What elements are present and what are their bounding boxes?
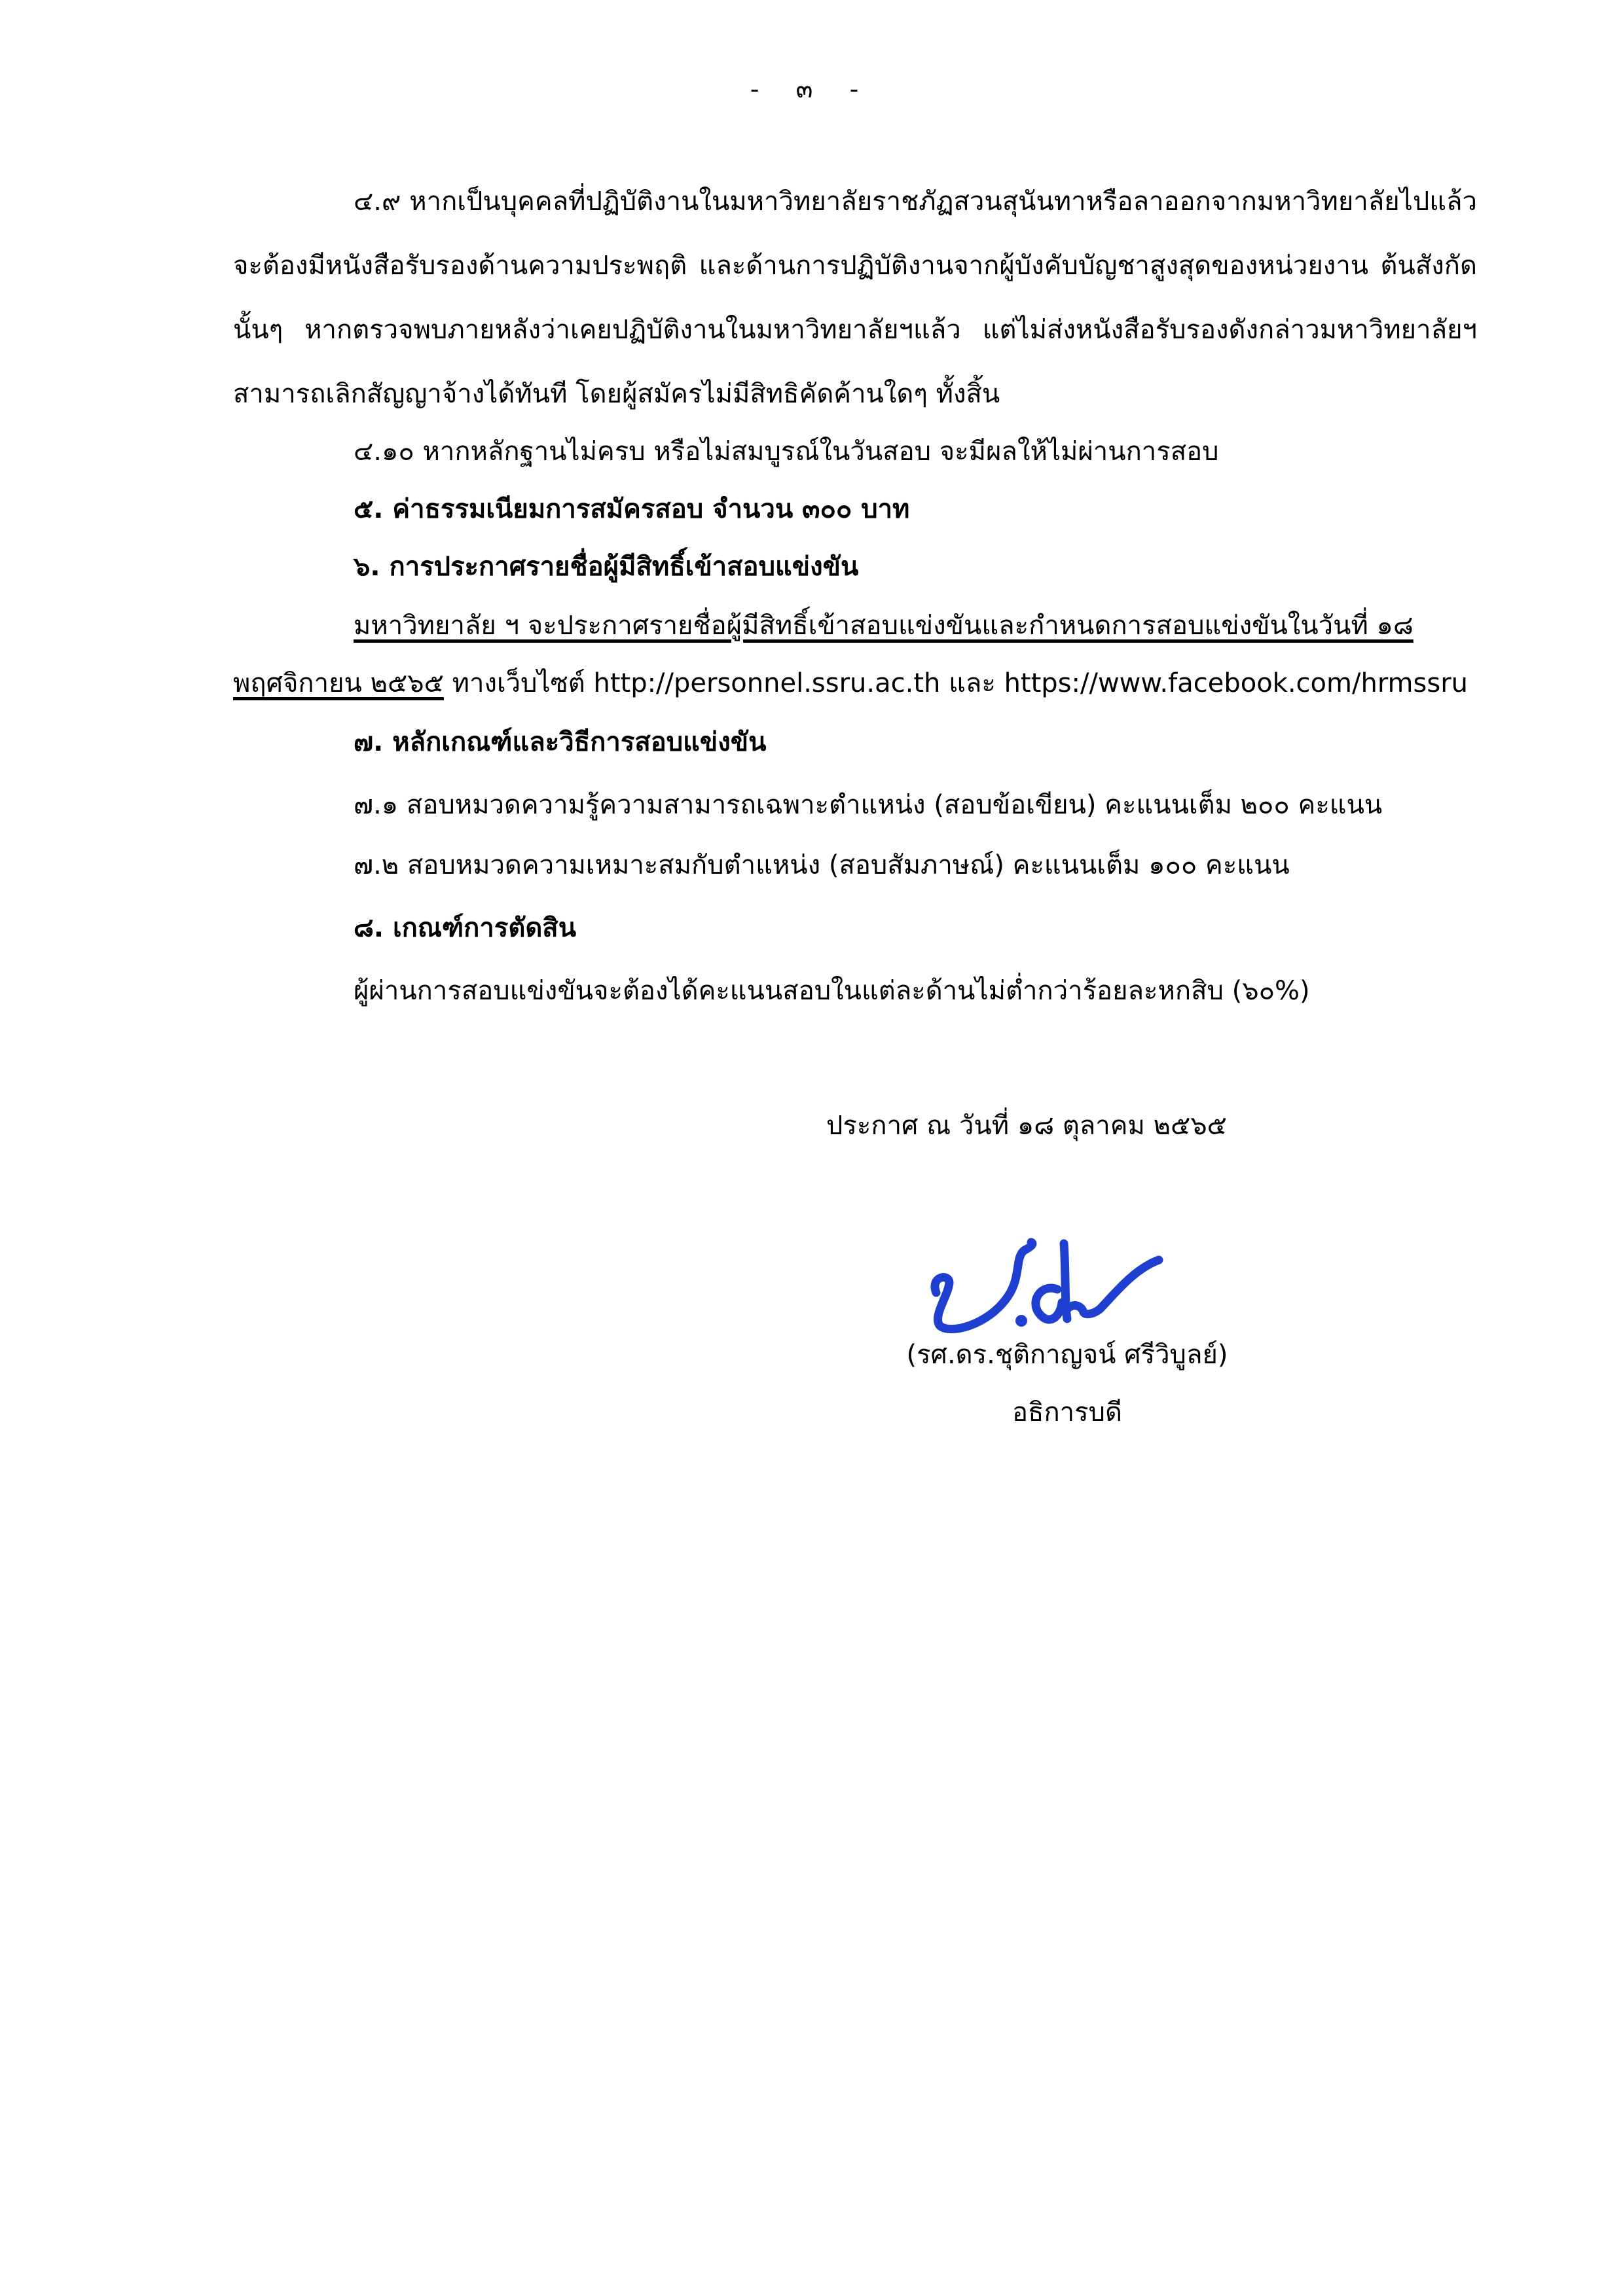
section-6-heading: ๖. การประกาศรายชื่อผู้มีสิทธิ์เข้าสอบแข่… bbox=[354, 554, 858, 580]
item-4-9-line-4: สามารถเลิกสัญญาจ้างได้ทันที โดยผู้สมัครไ… bbox=[233, 381, 1000, 407]
announcement-date: พฤศจิกายน ๒๕๖๕ bbox=[233, 668, 444, 698]
section-7-item-2: ๗.๒ สอบหมวดความเหมาะสมกับตำแหน่ง (สอบสัม… bbox=[354, 852, 1290, 878]
section-7-item-1: ๗.๑ สอบหมวดความรู้ความสามารถเฉพาะตำแหน่ง… bbox=[354, 792, 1382, 818]
item-4-10: ๔.๑๐ หากหลักฐานไม่ครบ หรือไม่สมบูรณ์ในวั… bbox=[354, 439, 1219, 465]
page-number: - ๓ - bbox=[0, 69, 1623, 109]
facebook-link[interactable]: https://www.facebook.com/hrmssru bbox=[1004, 668, 1468, 698]
item-4-9-line-1: ๔.๙ หากเป็นบุคคลที่ปฏิบัติงานในมหาวิทยาล… bbox=[354, 188, 1477, 215]
signatory-name: (รศ.ดร.ชุติกาญจน์ ศรีวิบูลย์) bbox=[851, 1342, 1283, 1368]
section-8-heading: ๘. เกณฑ์การตัดสิน bbox=[354, 915, 576, 941]
announcement-date-line: ประกาศ ณ วันที่ ๑๘ ตุลาคม ๒๕๖๕ bbox=[826, 1113, 1227, 1139]
signature-image bbox=[910, 1217, 1211, 1348]
signatory-title: อธิการบดี bbox=[851, 1399, 1283, 1426]
item-4-9-line-2: จะต้องมีหนังสือรับรองด้านความประพฤติ และ… bbox=[233, 253, 1477, 279]
website-prefix: ทางเว็บไซต์ bbox=[444, 668, 594, 698]
section-7-heading: ๗. หลักเกณฑ์และวิธีการสอบแข่งขัน bbox=[354, 729, 767, 755]
section-8-text: ผู้ผ่านการสอบแข่งขันจะต้องได้คะแนนสอบในแ… bbox=[354, 978, 1310, 1004]
section-6-announcement-line-2: พฤศจิกายน ๒๕๖๕ ทางเว็บไซต์ http://person… bbox=[233, 670, 1468, 696]
section-6-announcement-line-1: มหาวิทยาลัย ฯ จะประกาศรายชื่อผู้มีสิทธิ์… bbox=[354, 613, 1413, 639]
and-connector: และ bbox=[940, 668, 1004, 698]
item-4-9-line-3: นั้นๆ หากตรวจพบภายหลังว่าเคยปฏิบัติงานใน… bbox=[233, 317, 1477, 343]
personnel-website-link[interactable]: http://personnel.ssru.ac.th bbox=[593, 668, 940, 698]
section-5-heading: ๕. ค่าธรรมเนียมการสมัครสอบ จำนวน ๓๐๐ บาท bbox=[354, 496, 909, 522]
